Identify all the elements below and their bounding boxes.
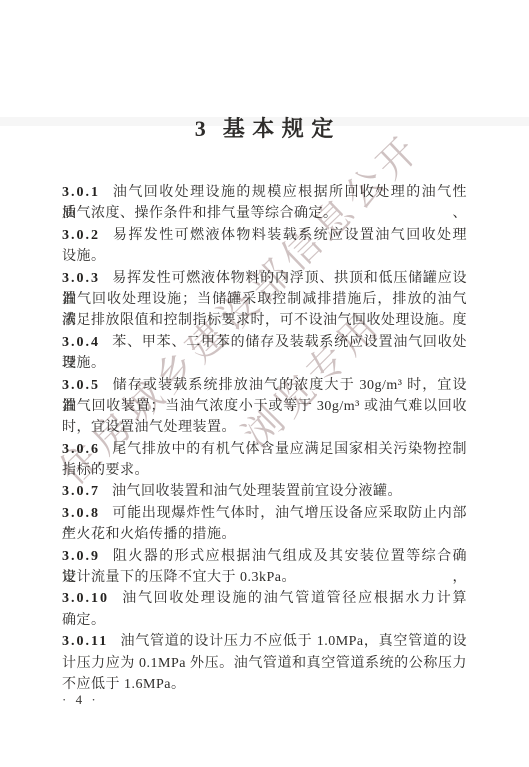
clause-number: 3.0.10 [62,591,109,606]
clause-number: 3.0.7 [62,484,100,499]
chapter-heading: 3基 本 规 定 [0,112,529,143]
clause-text: 尾气排放中的有机气体含量应满足国家相关污染物控制 [112,442,467,457]
clause-number: 3.0.11 [62,634,108,649]
clause-line: 设施。 [62,353,467,374]
clause-line: 3.0.2易挥发性可燃液体物料装载系统应设置油气回收处理 [62,225,467,246]
clause-text: 生火花和火焰传播的措施。 [62,527,236,542]
clause-line: 油气回收装置；当油气浓度小于或等于 30g/m³ 或油气难以回收 [62,396,467,417]
clause-line: 时，宜设置油气处理装置。 [62,417,467,438]
clause-line: 3.0.10油气回收处理设施的油气管道管径应根据水力计算 [62,588,467,609]
clause-line: 指标的要求。 [62,460,467,481]
clause-line: 3.0.1油气回收处理设施的规模应根据所回收处理的油气性质、 [62,182,467,203]
clause-text: 设施。 [62,356,106,371]
clause-line: 3.0.3易挥发性可燃液体物料的内浮顶、拱顶和低压储罐应设置 [62,268,467,289]
clause-line: 3.0.9阻火器的形式应根据油气组成及其安装位置等综合确定， [62,546,467,567]
clause-text: 计压力应为 0.1MPa 外压。油气管道和真空管道系统的公称压力 [62,656,467,671]
clause-text: 满足排放限值和控制指标要求时，可不设油气回收处理设施。 [62,313,454,328]
chapter-number: 3 [195,116,207,141]
clause-text: 油气回收处理设施的油气管道管径应根据水力计算 [121,591,467,606]
clause-line: 3.0.5储存或装载系统排放油气的浓度大于 30g/m³ 时，宜设置 [62,375,467,396]
clause-line: 3.0.4苯、甲苯、二甲苯的储存及装载系统应设置油气回收处理 [62,332,467,353]
clause-text: 设施。 [62,249,106,264]
clause-line: 油气回收处理设施；当储罐采取控制减排措施后，排放的油气浓度 [62,289,467,310]
clause-line: 计压力应为 0.1MPa 外压。油气管道和真空管道系统的公称压力 [62,653,467,674]
clause-line: 满足排放限值和控制指标要求时，可不设油气回收处理设施。 [62,310,467,331]
clause-number: 3.0.9 [62,549,100,564]
clause-text: 时，宜设置油气处理装置。 [62,420,236,435]
clause-number: 3.0.8 [62,506,100,521]
clause-text: 油气管道的设计压力不应低于 1.0MPa，真空管道的设 [120,634,467,649]
clauses-body: 3.0.1油气回收处理设施的规模应根据所回收处理的油气性质、 油气浓度、操作条件… [62,182,467,695]
clause-number: 3.0.5 [62,378,100,393]
clause-line: 3.0.8可能出现爆炸性气体时，油气增压设备应采取防止内部产 [62,503,467,524]
clause-number: 3.0.2 [62,228,100,243]
clause-text: 油气回收装置和油气处理装置前宜设分液罐。 [112,484,402,499]
clause-line: 生火花和火焰传播的措施。 [62,524,467,545]
clause-number: 3.0.3 [62,271,100,286]
chapter-title: 基 本 规 定 [223,116,335,141]
clause-text: 确定。 [62,613,106,628]
clause-text: 油气回收装置；当油气浓度小于或等于 30g/m³ 或油气难以回收 [62,399,467,414]
clause-line: 3.0.7油气回收装置和油气处理装置前宜设分液罐。 [62,481,467,502]
clause-line: 确定。 [62,610,467,631]
clause-text: 指标的要求。 [62,463,149,478]
document-page: 住房城乡建设部信息公开 浏览专用 3基 本 规 定 3.0.1油气回收处理设施的… [0,0,529,767]
clause-line: 设施。 [62,246,467,267]
clause-number: 3.0.6 [62,442,100,457]
clause-text: 不应低于 1.6MPa。 [62,677,185,692]
clause-line: 3.0.6尾气排放中的有机气体含量应满足国家相关污染物控制 [62,439,467,460]
clause-number: 3.0.1 [62,185,100,200]
page-number: · 4 · [62,692,99,708]
clause-line: 3.0.11油气管道的设计压力不应低于 1.0MPa，真空管道的设 [62,631,467,652]
clause-text: 油气浓度、操作条件和排气量等综合确定。 [62,206,338,221]
clause-line: 不应低于 1.6MPa。 [62,674,467,695]
clause-text: 易挥发性可燃液体物料装载系统应设置油气回收处理 [112,228,467,243]
clause-text: 设计流量下的压降不宜大于 0.3kPa。 [62,570,296,585]
clause-number: 3.0.4 [62,335,100,350]
